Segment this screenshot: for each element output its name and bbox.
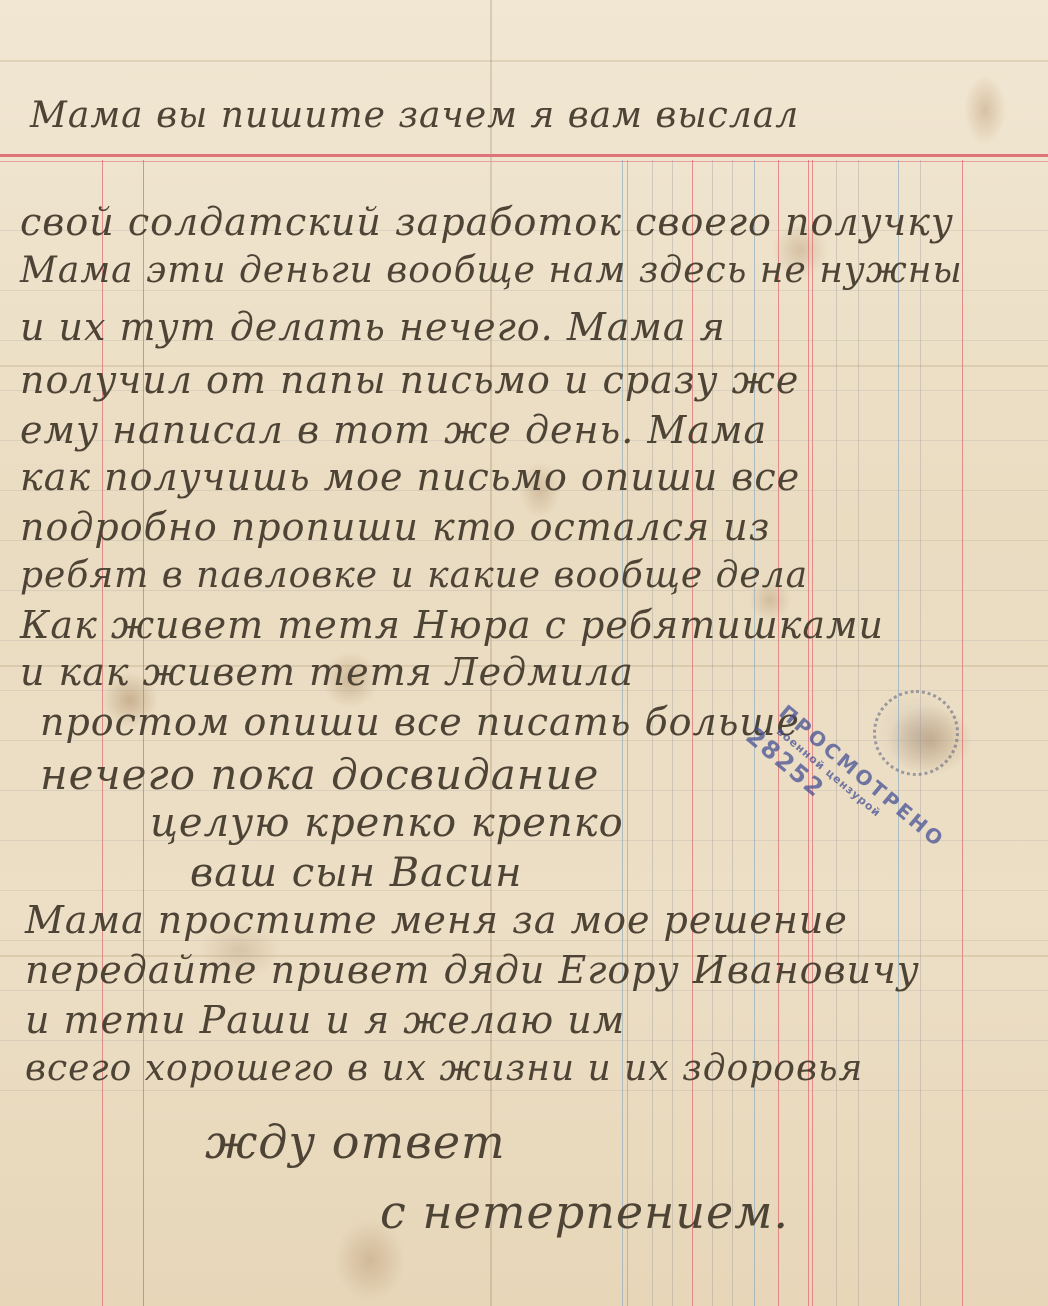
letter-line-16: Мама простите меня за мое решение — [25, 898, 848, 942]
letter-line-17: передайте привет дяди Егору Ивановичу — [25, 948, 920, 992]
letter-line-14: целую крепко крепко — [150, 800, 624, 846]
ledger-line — [962, 160, 963, 1306]
letter-line-19: всего хорошего в их жизни и их здоровья — [25, 1048, 863, 1089]
letter-line-9: ребят в павловке и какие вообще дела — [20, 555, 808, 596]
letter-line-13: нечего пока досвидание — [40, 750, 599, 799]
letter-line-2: свой солдатский заработок своего получку — [20, 200, 954, 244]
header-rule-thin — [0, 161, 1048, 162]
ruled-line — [0, 1090, 1048, 1091]
ruled-line — [0, 890, 1048, 891]
letter-line-12: простом опиши все писать больше — [40, 700, 800, 744]
letter-line-8: подробно пропиши кто остался из — [20, 505, 770, 549]
letter-line-4: и их тут делать нечего. Мама я — [20, 305, 726, 349]
letter-closing-2: с нетерпением. — [380, 1185, 789, 1239]
letter-line-3: Мама эти деньги вообще нам здесь не нужн… — [20, 250, 963, 291]
letter-line-18: и тети Раши и я желаю им — [25, 998, 625, 1042]
letter-line-11: и как живет тетя Ледмила — [20, 650, 634, 694]
fold-crease — [0, 60, 1048, 62]
letter-line-1: Мама вы пишите зачем я вам выслал — [30, 95, 799, 136]
letter-line-5: получил от папы письмо и сразу же — [20, 358, 799, 402]
letter-line-6: ему написал в тот же день. Мама — [20, 408, 767, 452]
letter-line-15: ваш сын Васин — [190, 850, 523, 896]
letter-page: Мама вы пишите зачем я вам выслал свой с… — [0, 0, 1048, 1306]
header-rule — [0, 154, 1048, 157]
letter-line-10: Как живет тетя Нюра с ребятишками — [20, 603, 884, 647]
ledger-line — [858, 160, 859, 1306]
ledger-line — [836, 160, 837, 1306]
round-seal-stamp — [873, 690, 959, 776]
letter-closing: жду ответ — [205, 1115, 506, 1169]
letter-line-7: как получишь мое письмо опиши все — [20, 455, 800, 499]
